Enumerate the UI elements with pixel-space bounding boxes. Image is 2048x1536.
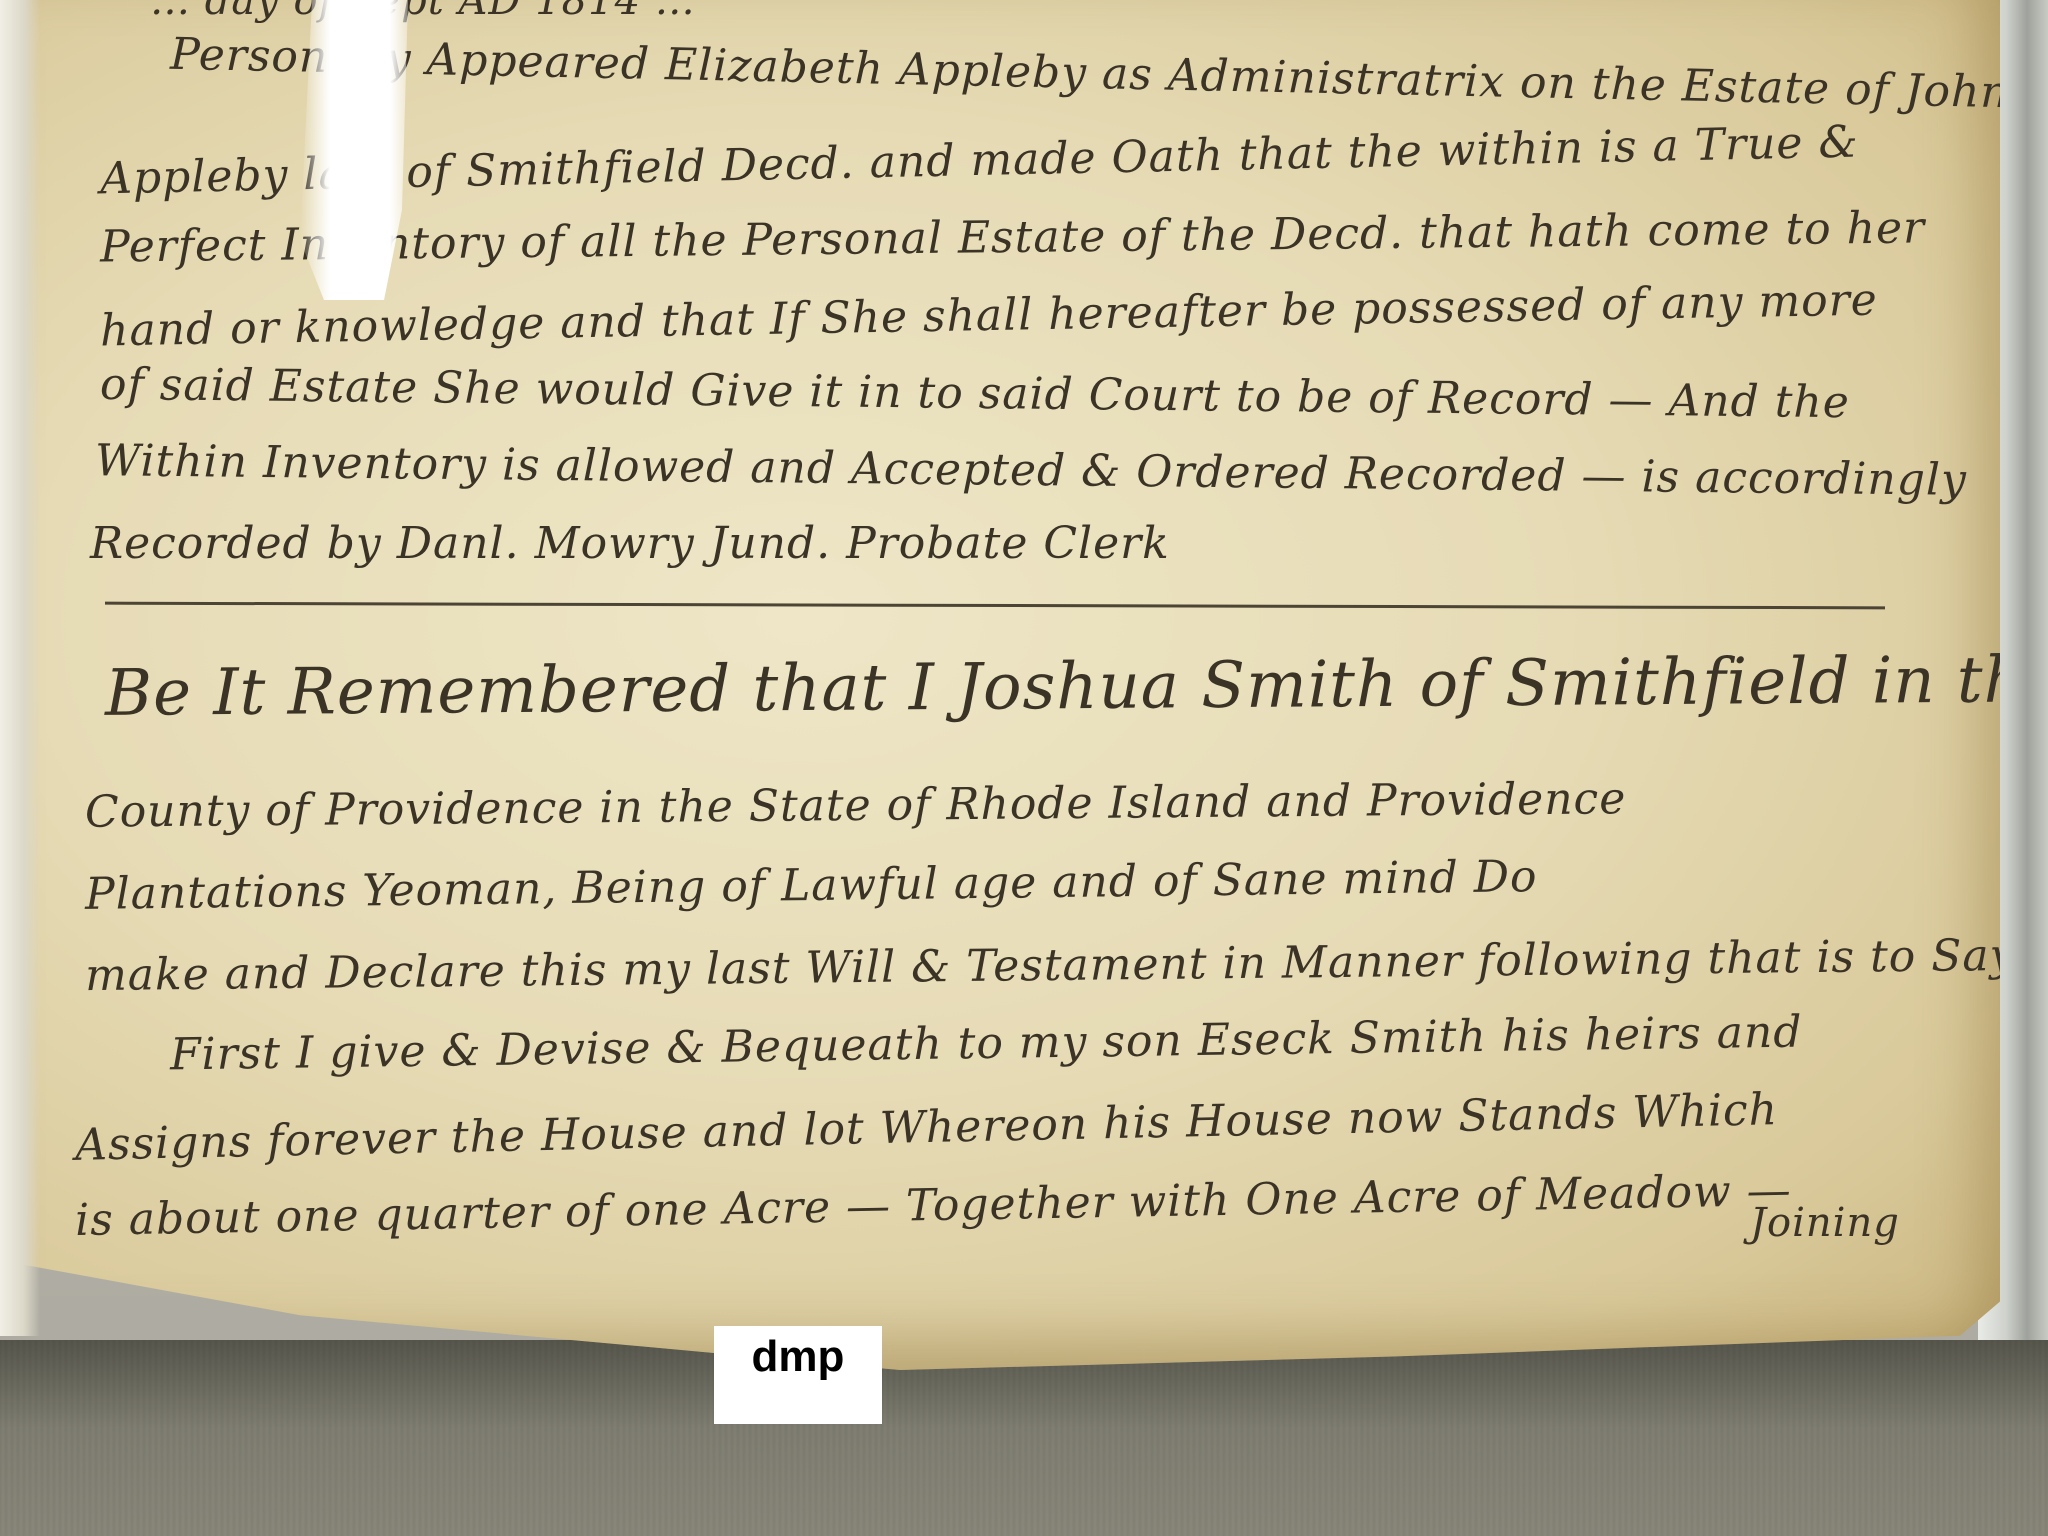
watermark-label: dmp <box>714 1326 882 1424</box>
will-line-3: Plantations Yeoman, Being of Lawful age … <box>85 851 1538 920</box>
will-line-8-catchword: Joining <box>1750 1200 1900 1246</box>
will-line-5: First I give & Devise & Bequeath to my s… <box>170 1007 1803 1081</box>
will-line-2: County of Providence in the State of Rho… <box>85 773 1627 837</box>
top-fragment-line: … day of Sept AD 1814 … <box>150 0 696 24</box>
section-divider-rule <box>105 602 1885 610</box>
manuscript-page: … day of Sept AD 1814 … Personally Appea… <box>0 0 2000 1370</box>
watermark-label-text: dmp <box>752 1332 845 1382</box>
display-case-backdrop <box>0 1340 2048 1536</box>
will-line-4: make and Declare this my last Will & Tes… <box>85 930 2016 1001</box>
will-line-7: is about one quarter of one Acre — Toget… <box>75 1165 1792 1246</box>
inventory-line-1: Personally Appeared Elizabeth Appleby as… <box>170 29 2011 119</box>
sleeve-glare-left <box>0 0 40 1336</box>
will-line-1-heading: Be It Remembered that I Joshua Smith of … <box>105 643 2048 731</box>
will-line-6: Assigns forever the House and lot Whereo… <box>75 1084 1779 1171</box>
inventory-line-7-clerk-signature: Recorded by Danl. Mowry Jund. Probate Cl… <box>90 518 1170 569</box>
inventory-line-5: of said Estate She would Give it in to s… <box>100 359 1850 428</box>
inventory-line-6: Within Inventory is allowed and Accepted… <box>95 435 1967 506</box>
